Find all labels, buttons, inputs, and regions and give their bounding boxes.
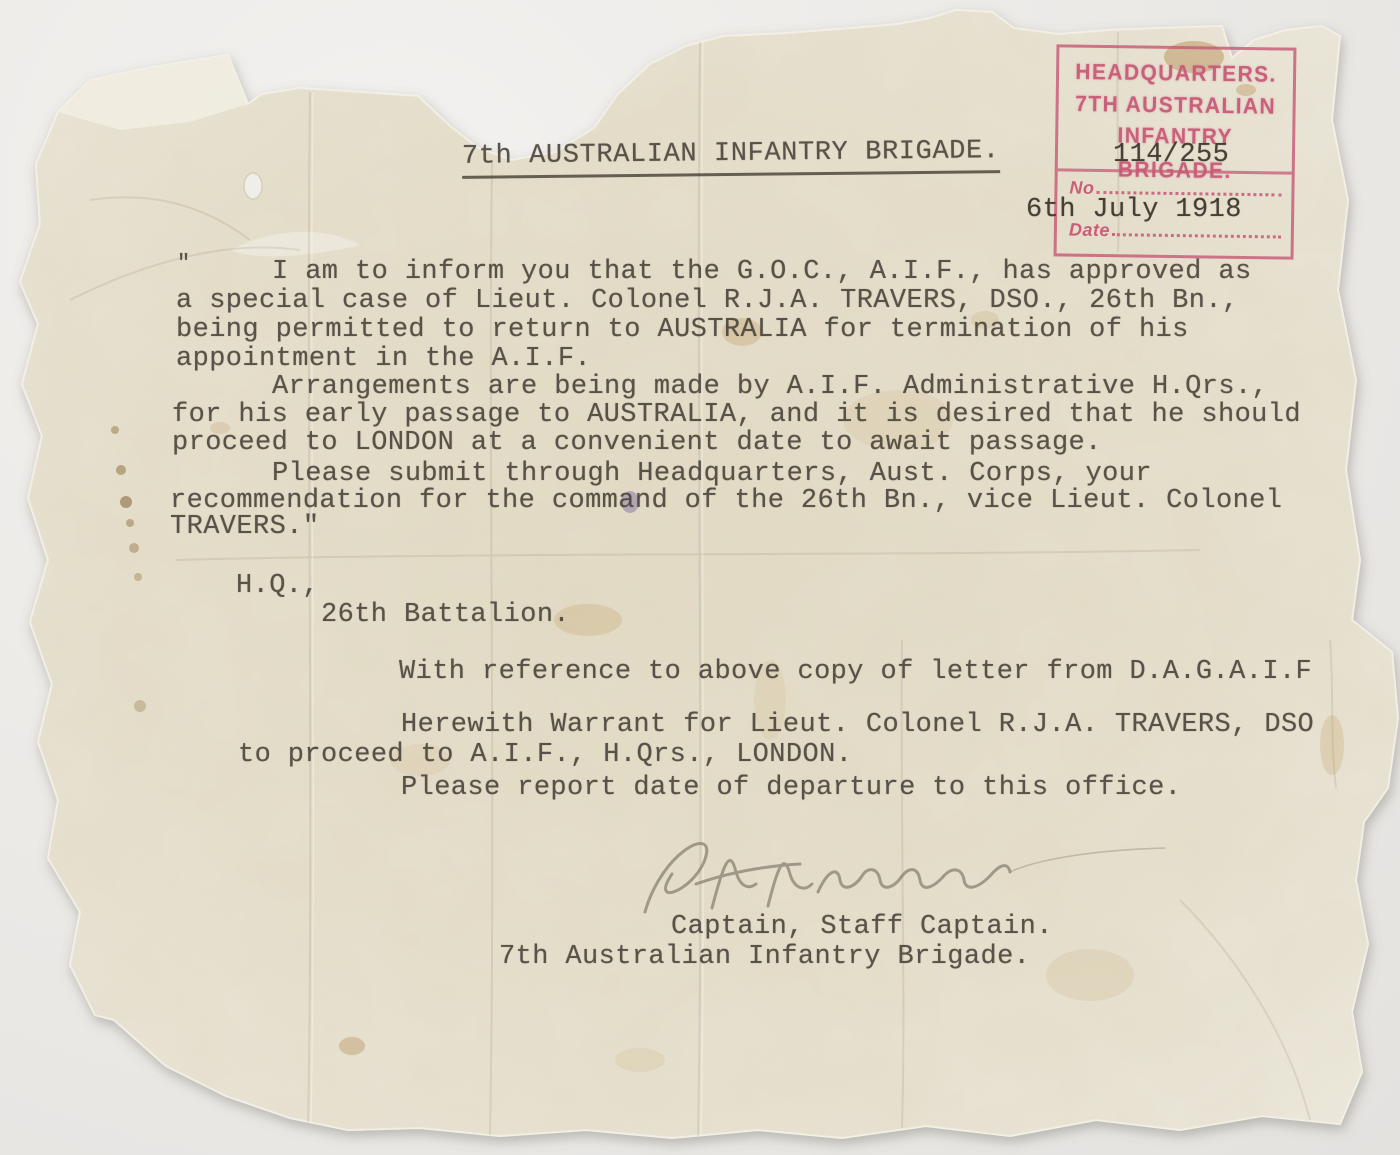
addressee-line: 26th Battalion.	[321, 601, 570, 630]
typed-file-number: 114/255	[1113, 141, 1229, 170]
typed-line: being permitted to return to AUSTRALIA f…	[176, 316, 1189, 345]
typed-line: Arrangements are being made by A.I.F. Ad…	[272, 373, 1268, 402]
typed-line: TRAVERS."	[170, 513, 319, 542]
typed-date: 6th July 1918	[1026, 196, 1242, 225]
addressee-line: H.Q.,	[236, 572, 319, 601]
typed-line: appointment in the A.I.F.	[176, 345, 591, 374]
stamp-date-dotted-line	[1112, 233, 1281, 238]
typed-line: I am to inform you that the G.O.C., A.I.…	[272, 258, 1252, 287]
closing-line: 7th Australian Infantry Brigade.	[499, 943, 1030, 972]
closing-line: Captain, Staff Captain.	[671, 913, 1053, 942]
typed-line: Please report date of departure to this …	[401, 774, 1181, 803]
letter-title: 7th AUSTRALIAN INFANTRY BRIGADE.	[462, 137, 1000, 179]
typed-line: a special case of Lieut. Colonel R.J.A. …	[176, 287, 1239, 316]
typed-line: recommendation for the command of the 26…	[170, 487, 1282, 516]
typed-line: to proceed to A.I.F., H.Qrs., LONDON.	[238, 741, 852, 770]
open-quote-mark: "	[177, 249, 191, 278]
typed-line: proceed to LONDON at a convenient date t…	[172, 429, 1102, 458]
reference-line: With reference to above copy of letter f…	[399, 658, 1312, 687]
typed-line: Herewith Warrant for Lieut. Colonel R.J.…	[401, 711, 1314, 740]
typed-line: for his early passage to AUSTRALIA, and …	[172, 401, 1301, 430]
typed-line: Please submit through Headquarters, Aust…	[272, 460, 1152, 489]
scanned-letter-photo: HEADQUARTERS. 7TH AUSTRALIAN INFANTRY BR…	[0, 0, 1400, 1155]
